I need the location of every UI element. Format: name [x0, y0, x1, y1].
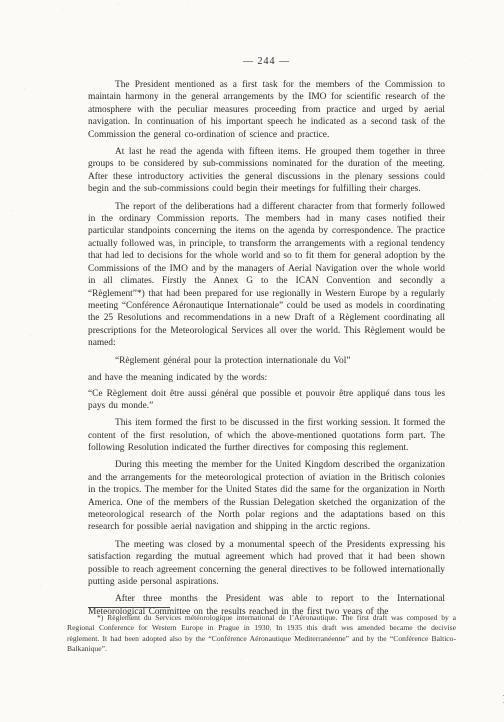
- paragraph-report-deliberations: The report of the deliberations had a di…: [88, 201, 445, 350]
- footnote-reglement: *) Règlement du Services météorologique …: [67, 613, 456, 654]
- footnote-separator-rule: [88, 607, 170, 608]
- page-body: The President mentioned as a first task …: [88, 79, 445, 623]
- quote-reglement-title: “Règlement général pour la protection in…: [88, 355, 445, 367]
- paragraph-first-working-session: This item formed the first to be discuss…: [88, 417, 445, 454]
- paragraph-uk-us-russian-delegates: During this meeting the member for the U…: [88, 459, 445, 533]
- paragraph-agenda-fifteen-items: At last he read the agenda with fifteen …: [88, 146, 445, 196]
- page-number: — 244 —: [88, 56, 445, 67]
- scanned-document-page: — 244 — The President mentioned as a fir…: [0, 0, 504, 722]
- paragraph-president-first-task: The President mentioned as a first task …: [88, 79, 445, 141]
- paragraph-closing-speech: The meeting was closed by a monumental s…: [88, 539, 445, 589]
- line-meaning-intro: and have the meaning indicated by the wo…: [88, 372, 445, 384]
- scan-noise: [0, 0, 1, 1]
- quote-reglement-meaning: “Ce Règlement doit être aussi général qu…: [88, 389, 445, 412]
